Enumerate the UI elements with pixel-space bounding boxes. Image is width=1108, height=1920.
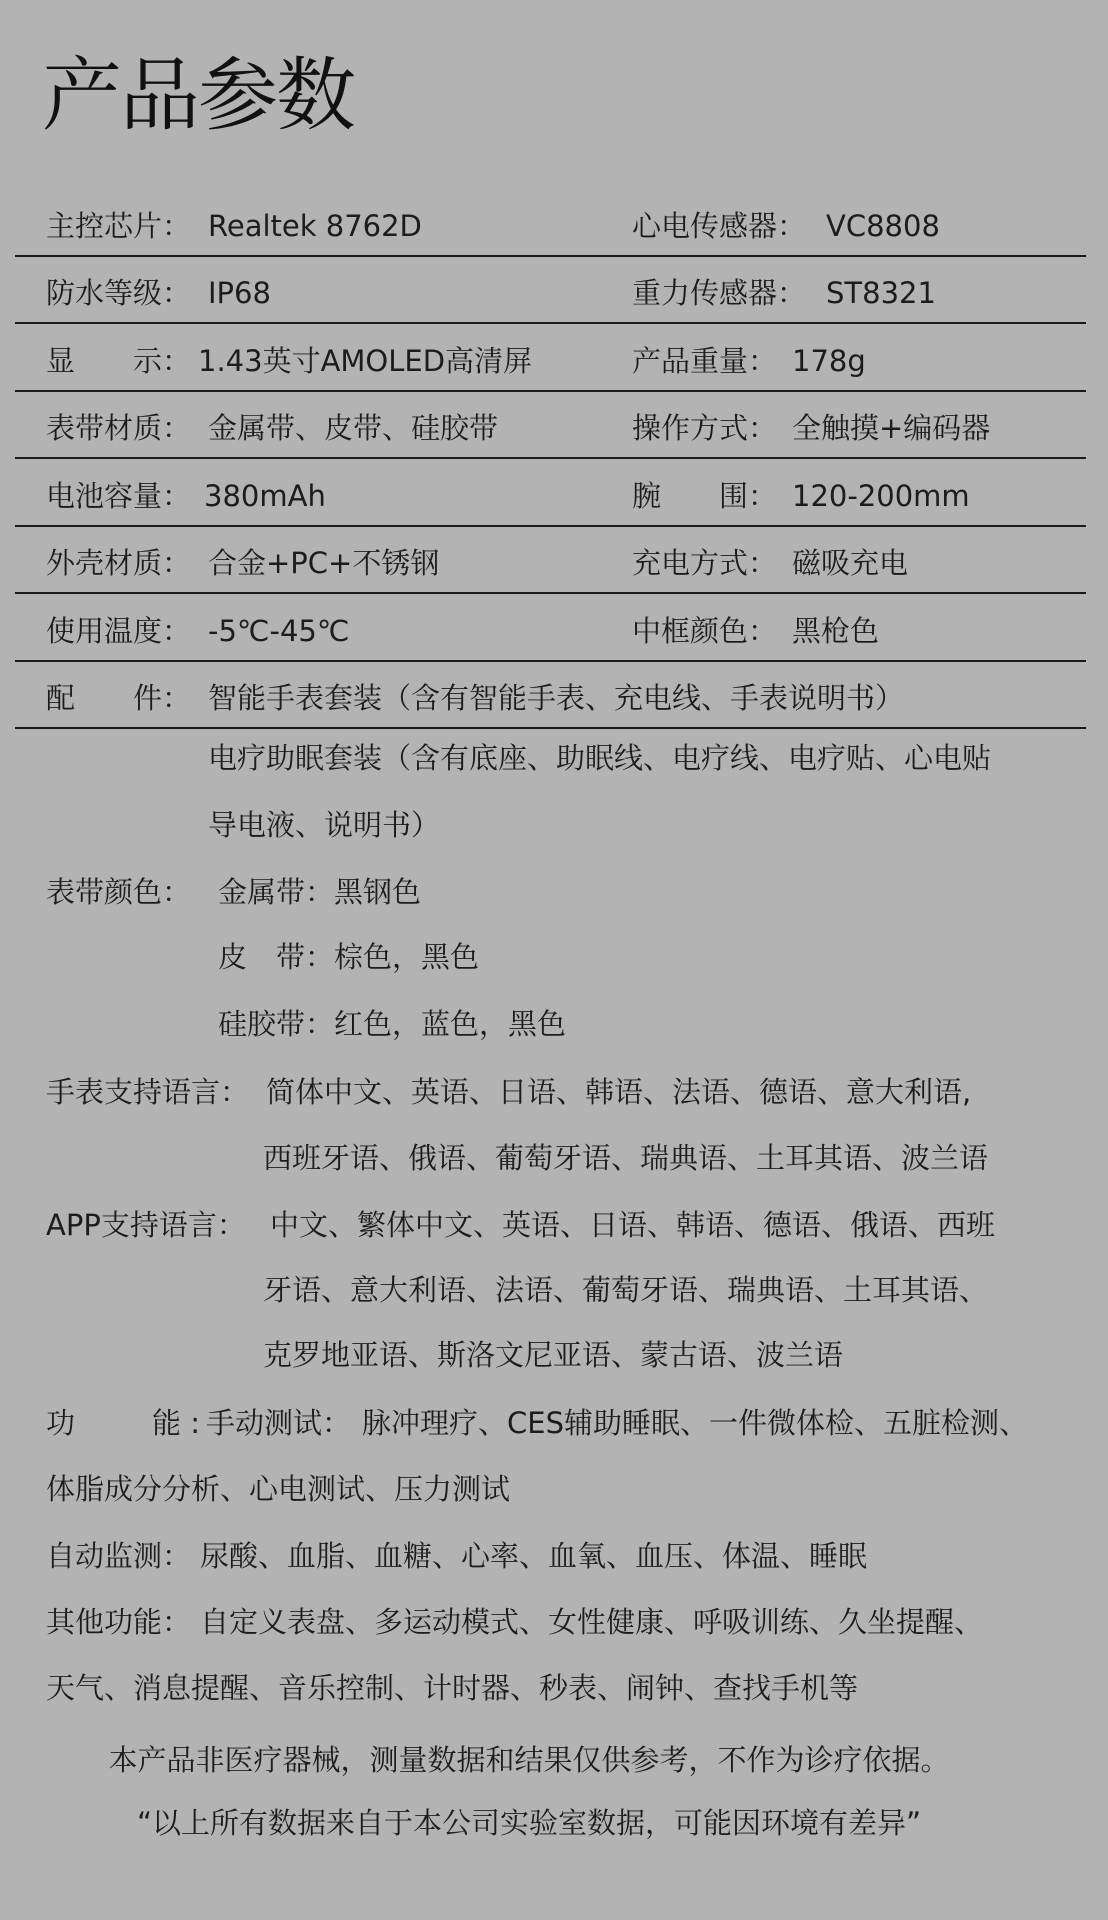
app-languages-line: 中文、繁体中文、英语、日语、韩语、德语、俄语、西班 [270,1205,995,1245]
watch-languages-line: 西班牙语、俄语、葡萄牙语、瑞典语、土耳其语、波兰语 [263,1138,988,1178]
spec-value: -5℃-45℃ [208,611,349,651]
spec-label: 防水等级： [46,273,191,313]
strap-type: 皮 带： [218,940,334,974]
divider [15,660,1086,662]
spec-label: 重力传感器： [632,273,806,313]
spec-label: 产品重量： [632,341,777,381]
spec-value: 磁吸充电 [792,543,908,583]
strap-color-item: 金属带：黑钢色 [218,872,421,912]
spec-row: 防水等级： IP68 重力传感器： ST8321 [0,273,1108,313]
accessories-label: 配 件： [46,678,191,718]
watch-languages-line: 简体中文、英语、日语、韩语、法语、德语、意大利语, [266,1072,971,1112]
spec-value: 合金+PC+不锈钢 [208,543,439,583]
functions-label: 功 [46,1403,75,1443]
functions-label: 能 : [152,1403,200,1443]
spec-value: 1.43英寸AMOLED高清屏 [198,341,532,381]
divider [15,255,1086,257]
other-functions-label: 其他功能： [46,1602,191,1642]
strap-color-values: 红色，蓝色，黑色 [334,1007,566,1041]
spec-row: 表带材质： 金属带、皮带、硅胶带 操作方式： 全触摸+编码器 [0,408,1108,448]
spec-value: 金属带、皮带、硅胶带 [208,408,498,448]
auto-monitor-value: 尿酸、血脂、血糖、心率、血氧、血压、体温、睡眠 [200,1536,867,1576]
strap-colors-label: 表带颜色： [46,872,191,912]
manual-test-line: 脉冲理疗、CES辅助睡眠、一件微体检、五脏检测、 [362,1403,1028,1443]
spec-row: 外壳材质： 合金+PC+不锈钢 充电方式： 磁吸充电 [0,543,1108,583]
strap-type: 硅胶带： [218,1007,334,1041]
accessories-line: 智能手表套装（含有智能手表、充电线、手表说明书） [208,678,904,718]
spec-value: 178g [792,341,866,381]
spec-row: 显 示： 1.43英寸AMOLED高清屏 产品重量： 178g [0,341,1108,381]
spec-value: 380mAh [204,476,326,516]
strap-color-values: 棕色，黑色 [334,940,479,974]
disclaimer-quote: “以上所有数据来自于本公司实验室数据，可能因环境有差异” [0,1803,1108,1843]
divider [15,525,1086,527]
spec-value: 全触摸+编码器 [792,408,990,448]
spec-label: 主控芯片： [46,206,191,246]
app-languages-label: APP支持语言： [46,1205,246,1245]
spec-label: 腕 围： [632,476,777,516]
spec-label: 电池容量： [46,476,191,516]
strap-type: 金属带： [218,875,334,909]
spec-label: 使用温度： [46,611,191,651]
spec-value: 黑枪色 [792,611,879,651]
other-functions-line: 天气、消息提醒、音乐控制、计时器、秒表、闹钟、查找手机等 [46,1668,858,1708]
spec-value: VC8808 [826,206,940,246]
accessories-row: 配 件： 智能手表套装（含有智能手表、充电线、手表说明书） [0,678,1108,718]
divider [15,592,1086,594]
auto-monitor-label: 自动监测： [46,1536,191,1576]
manual-test-line: 体脂成分分析、心电测试、压力测试 [46,1469,510,1509]
spec-value: Realtek 8762D [208,206,422,246]
strap-color-values: 黑钢色 [334,875,421,909]
disclaimer-text: 本产品非医疗器械，测量数据和结果仅供参考，不作为诊疗依据。 [0,1740,1108,1780]
spec-label: 表带材质： [46,408,191,448]
spec-row: 使用温度： -5℃-45℃ 中框颜色： 黑枪色 [0,611,1108,651]
spec-label: 显 示： [46,341,191,381]
spec-row: 电池容量： 380mAh 腕 围： 120-200mm [0,476,1108,516]
watch-languages-label: 手表支持语言： [46,1072,249,1112]
divider [15,457,1086,459]
accessories-line: 电疗助眠套装（含有底座、助眠线、电疗线、电疗贴、心电贴 [208,738,991,778]
spec-value: IP68 [208,273,271,313]
strap-color-item: 皮 带：棕色，黑色 [218,937,479,977]
app-languages-line: 牙语、意大利语、法语、葡萄牙语、瑞典语、土耳其语、 [263,1270,988,1310]
divider [15,390,1086,392]
page-title: 产品参数 [42,50,354,142]
manual-test-label: 手动测试： [206,1403,351,1443]
spec-label: 外壳材质： [46,543,191,583]
strap-color-item: 硅胶带：红色，蓝色，黑色 [218,1004,566,1044]
other-functions-line: 自定义表盘、多运动模式、女性健康、呼吸训练、久坐提醒、 [200,1602,983,1642]
spec-value: 120-200mm [792,476,970,516]
divider [15,727,1086,729]
spec-row: 主控芯片： Realtek 8762D 心电传感器： VC8808 [0,206,1108,246]
accessories-line: 导电液、说明书） [208,805,440,845]
divider [15,322,1086,324]
spec-label: 心电传感器： [632,206,806,246]
spec-value: ST8321 [826,273,936,313]
spec-label: 操作方式： [632,408,777,448]
spec-label: 充电方式： [632,543,777,583]
spec-label: 中框颜色： [632,611,777,651]
app-languages-line: 克罗地亚语、斯洛文尼亚语、蒙古语、波兰语 [263,1335,843,1375]
